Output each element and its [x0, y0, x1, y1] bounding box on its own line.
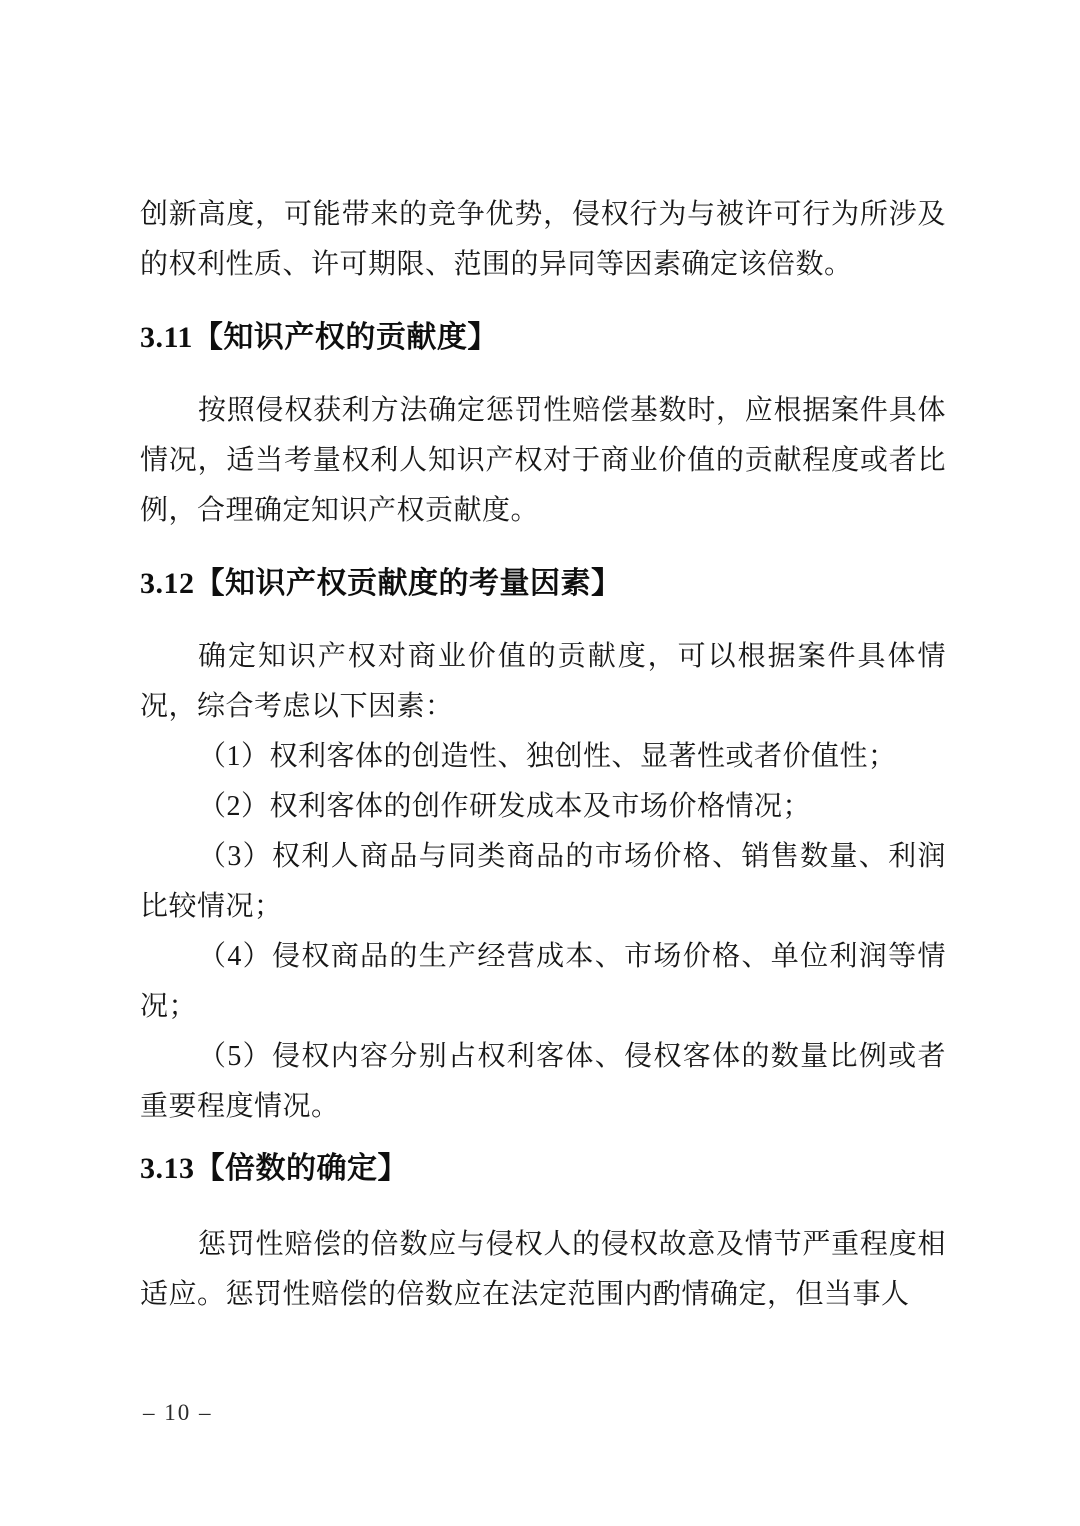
document-page: 创新高度，可能带来的竞争优势，侵权行为与被许可行为所涉及的权利性质、许可期限、范…	[0, 0, 1080, 1526]
paragraph-3-11: 按照侵权获利方法确定惩罚性赔偿基数时，应根据案件具体情况，适当考量权利人知识产权…	[140, 386, 946, 536]
section-heading-3-13: 3.13【倍数的确定】	[140, 1144, 946, 1194]
list-item-4: （4）侵权商品的生产经营成本、市场价格、单位利润等情况；	[140, 932, 946, 1032]
page-number: – 10 –	[143, 1398, 213, 1428]
section-heading-3-11: 3.11【知识产权的贡献度】	[140, 313, 946, 363]
paragraph-3-13: 惩罚性赔偿的倍数应与侵权人的侵权故意及情节严重程度相适应。惩罚性赔偿的倍数应在法…	[140, 1220, 946, 1320]
list-item-5: （5）侵权内容分别占权利客体、侵权客体的数量比例或者重要程度情况。	[140, 1032, 946, 1132]
section-heading-3-12: 3.12【知识产权贡献度的考量因素】	[140, 559, 946, 609]
document-content: 创新高度，可能带来的竞争优势，侵权行为与被许可行为所涉及的权利性质、许可期限、范…	[140, 190, 946, 1320]
paragraph-3-12: 确定知识产权对商业价值的贡献度，可以根据案件具体情况，综合考虑以下因素：	[140, 632, 946, 732]
list-item-1: （1）权利客体的创造性、独创性、显著性或者价值性；	[140, 732, 946, 782]
paragraph-continuation: 创新高度，可能带来的竞争优势，侵权行为与被许可行为所涉及的权利性质、许可期限、范…	[140, 190, 946, 290]
list-item-2: （2）权利客体的创作研发成本及市场价格情况；	[140, 782, 946, 832]
list-item-3: （3）权利人商品与同类商品的市场价格、销售数量、利润比较情况；	[140, 832, 946, 932]
